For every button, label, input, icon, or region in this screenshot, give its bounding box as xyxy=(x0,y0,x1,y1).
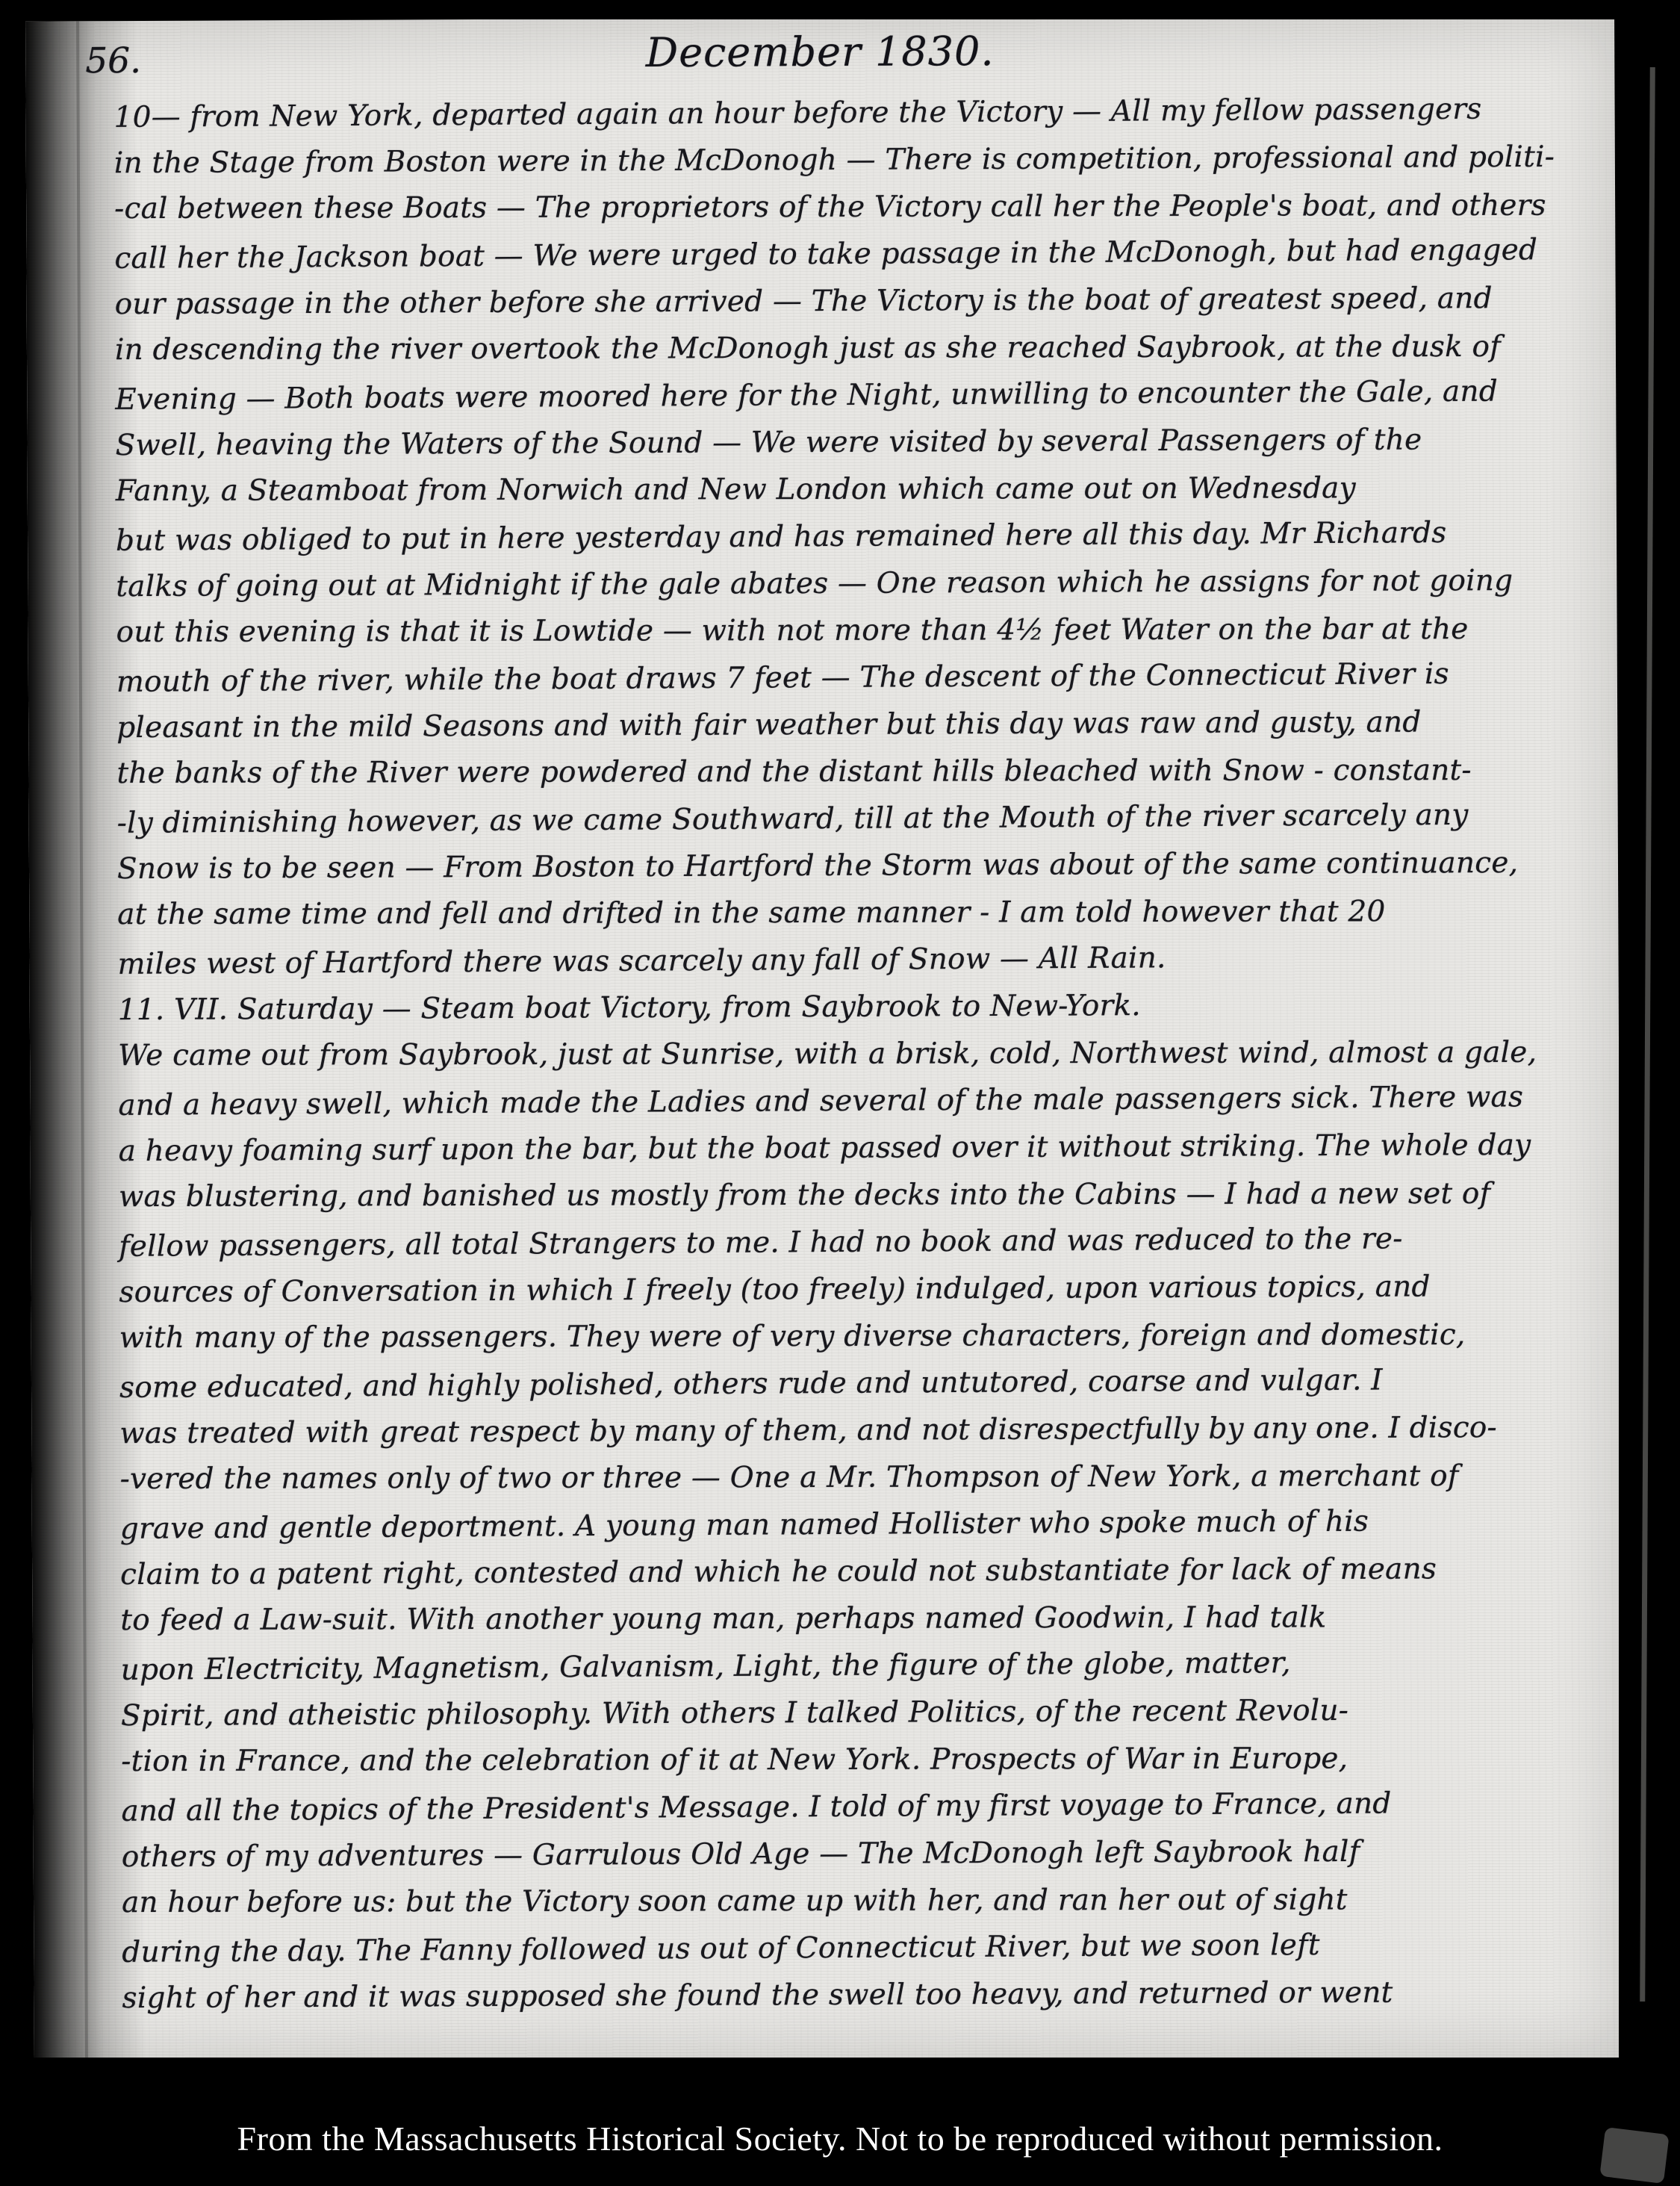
manuscript-lines: 10— from New York, departed again an hou… xyxy=(113,87,1585,2022)
manuscript-line: in the Stage from Boston were in the McD… xyxy=(114,134,1578,187)
manuscript-line: talks of going out at Midnight if the ga… xyxy=(116,557,1579,611)
manuscript-line: -ly diminishing however, as we came Sout… xyxy=(117,791,1581,847)
manuscript-line: others of my adventures — Garrulous Old … xyxy=(122,1828,1585,1881)
manuscript-line: during the day. The Fanny followed us ou… xyxy=(122,1920,1585,1976)
manuscript-line: a heavy foaming surf upon the bar, but t… xyxy=(119,1122,1582,1176)
manuscript-line: claim to a patent right, contested and w… xyxy=(120,1545,1584,1599)
manuscript-line: mouth of the river, while the boat draws… xyxy=(116,650,1580,706)
manuscript-line: some educated, and highly polished, othe… xyxy=(119,1356,1583,1412)
document-scan: 56. December 1830. 10— from New York, de… xyxy=(0,0,1680,2186)
manuscript-line: -vered the names only of two or three — … xyxy=(119,1453,1583,1503)
manuscript-page: 56. December 1830. 10— from New York, de… xyxy=(25,14,1623,2064)
manuscript-line: was treated with great respect by many o… xyxy=(119,1404,1583,1458)
manuscript-line: grave and gentle deportment. A young man… xyxy=(120,1497,1584,1553)
manuscript-line: We came out from Saybrook, just at Sunri… xyxy=(118,1029,1581,1079)
manuscript-line: fellow passengers, all total Strangers t… xyxy=(119,1214,1582,1270)
manuscript-line: miles west of Hartford there was scarcel… xyxy=(117,932,1581,988)
manuscript-line: 10— from New York, departed again an hou… xyxy=(113,85,1577,141)
manuscript-line: was blustering, and banished us mostly f… xyxy=(119,1170,1582,1220)
attribution-caption: From the Massachusetts Historical Societ… xyxy=(0,2058,1680,2186)
manuscript-line: 11. VII. Saturday — Steam boat Victory, … xyxy=(118,981,1581,1034)
manuscript-line: -tion in France, and the celebration of … xyxy=(121,1735,1584,1785)
manuscript-line: at the same time and fell and drifted in… xyxy=(117,888,1581,938)
manuscript-line: in descending the river overtook the McD… xyxy=(115,323,1578,373)
scan-border-top xyxy=(0,0,1680,19)
manuscript-line: with many of the passengers. They were o… xyxy=(119,1311,1583,1361)
manuscript-line: to feed a Law-suit. With another young m… xyxy=(120,1594,1584,1644)
manuscript-line: -cal between these Boats — The proprieto… xyxy=(114,182,1578,232)
manuscript-line: Evening — Both boats were moored here fo… xyxy=(115,367,1578,423)
manuscript-line: but was obliged to put in here yesterday… xyxy=(116,509,1579,565)
manuscript-line: upon Electricity, Magnetism, Galvanism, … xyxy=(120,1638,1584,1694)
manuscript-line: Fanny, a Steamboat from Norwich and New … xyxy=(116,465,1579,515)
manuscript-line: Snow is to be seen — From Boston to Hart… xyxy=(117,839,1581,893)
manuscript-line: the banks of the River were powdered and… xyxy=(116,747,1580,797)
manuscript-line: and a heavy swell, which made the Ladies… xyxy=(118,1073,1581,1129)
manuscript-line: our passage in the other before she arri… xyxy=(115,275,1578,329)
manuscript-line: and all the topics of the President's Me… xyxy=(121,1779,1584,1835)
manuscript-line: sources of Conversation in which I freel… xyxy=(119,1263,1582,1317)
manuscript-line: Swell, heaving the Waters of the Sound —… xyxy=(115,416,1578,470)
date-heading: December 1830. xyxy=(25,25,1614,78)
manuscript-line: call her the Jackson boat — We were urge… xyxy=(114,226,1578,282)
manuscript-line: sight of her and it was supposed she fou… xyxy=(122,1969,1585,2022)
manuscript-line: an hour before us: but the Victory soon … xyxy=(122,1876,1585,1926)
manuscript-line: out this evening is that it is Lowtide —… xyxy=(116,606,1580,656)
manuscript-line: pleasant in the mild Seasons and with fa… xyxy=(116,698,1580,752)
manuscript-line: Spirit, and atheistic philosophy. With o… xyxy=(121,1686,1584,1740)
